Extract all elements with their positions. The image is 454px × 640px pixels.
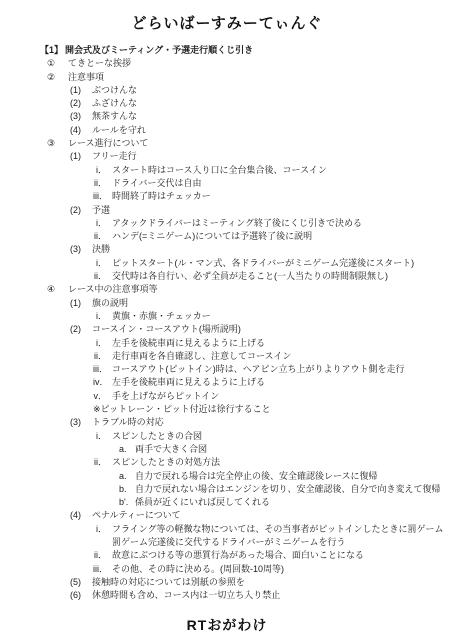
line-text: アタックドライバーはミーティング終了後にくじ引きで決める	[112, 217, 362, 230]
document-line: (6)休憩時間も含め、コース内は一切立ち入り禁止	[0, 589, 454, 602]
line-text: ペナルティーについて	[92, 509, 181, 522]
line-marker: (1)	[70, 150, 85, 163]
document-line: a.両手で大きく合図	[0, 443, 454, 456]
line-marker: (1)	[70, 297, 85, 310]
line-text: 係員が近くにいれば戻してくれる	[135, 496, 270, 509]
line-text: 予選	[92, 204, 110, 217]
line-text: ルールを守れ	[92, 124, 146, 137]
line-text: フリー走行	[92, 150, 137, 163]
document-line: i．黄旗・赤旗・チェッカー	[0, 310, 454, 323]
line-marker: a.	[119, 470, 130, 483]
document-line: ④レース中の注意事項等	[0, 283, 454, 296]
line-marker: (4)	[70, 124, 85, 137]
line-text: 走行車両を各自確認し、注意してコースイン	[112, 350, 291, 363]
document-line: ②注意事項	[0, 71, 454, 84]
document-line: (3)トラブル時の対応	[0, 416, 454, 429]
document-lines: 【1】開会式及びミーティング・予選走行順くじ引き①てきとーな挨拶②注意事項(1)…	[0, 44, 454, 602]
line-marker: (5)	[70, 576, 85, 589]
line-marker: i．	[93, 337, 107, 350]
document-line: i．アタックドライバーはミーティング終了後にくじ引きで決める	[0, 217, 454, 230]
document-line: (3)無茶すんな	[0, 110, 454, 123]
line-marker: iii．	[93, 363, 107, 376]
line-text: トラブル時の対応	[92, 416, 164, 429]
document-line: ※ピットレーン・ピット付近は徐行すること	[0, 403, 454, 416]
line-text: 注意事項	[68, 71, 104, 84]
line-text: レース中の注意事項等	[68, 283, 158, 296]
document-line: (2)コースイン・コースアウト(場所説明)	[0, 323, 454, 336]
line-text: 旗の説明	[92, 297, 128, 310]
line-marker: i．	[93, 430, 107, 443]
line-text: コースアウト(ピットイン)時は、ヘアピン立ち上がりよりアウト側を走行	[112, 363, 404, 376]
document-line: i．スタート時はコース入り口に全台集合後、コースイン	[0, 164, 454, 177]
line-marker: b.	[119, 483, 130, 496]
line-marker: i．	[93, 257, 107, 270]
document-line: i．左手を後続車両に見えるように上げる	[0, 337, 454, 350]
line-text: 無茶すんな	[92, 110, 137, 123]
line-text: 左手を後続車両に見えるように上げる	[112, 337, 265, 350]
line-marker: (4)	[70, 509, 85, 522]
line-text: コースイン・コースアウト(場所説明)	[92, 323, 241, 336]
document-line: ii．走行車両を各自確認し、注意してコースイン	[0, 350, 454, 363]
line-text: ぶつけんな	[92, 84, 137, 97]
line-marker: ii．	[93, 270, 107, 283]
document-line: 罰ゲーム完遂後に交代するドライバーがミニゲームを行う	[0, 536, 454, 549]
line-marker: ii．	[93, 456, 107, 469]
document-page: どらいばーすみーてぃんぐ 【1】開会式及びミーティング・予選走行順くじ引き①てき…	[0, 0, 454, 640]
line-marker: ②	[47, 71, 60, 84]
line-marker: a.	[119, 443, 130, 456]
line-marker: (6)	[70, 589, 85, 602]
line-marker: v．	[93, 390, 107, 403]
document-line: iii．コースアウト(ピットイン)時は、ヘアピン立ち上がりよりアウト側を走行	[0, 363, 454, 376]
line-marker: (3)	[70, 416, 85, 429]
line-text: その他、その時に決める。(周回数-10周等)	[112, 563, 284, 576]
document-line: (5)接触時の対応については別紙の参照を	[0, 576, 454, 589]
line-text: フライング等の軽微な物については、その当事者がピットインしたときに罰ゲーム	[112, 523, 444, 536]
line-text: 休憩時間も含め、コース内は一切立ち入り禁止	[92, 589, 280, 602]
document-line: ii．スピンしたときの対処方法	[0, 456, 454, 469]
line-marker: b'.	[119, 496, 130, 509]
document-line: (4)ルールを守れ	[0, 124, 454, 137]
document-line: b'.係員が近くにいれば戻してくれる	[0, 496, 454, 509]
document-footer-signature: RTおがわけ	[0, 615, 454, 635]
line-text: 黄旗・赤旗・チェッカー	[112, 310, 211, 323]
line-marker: ii．	[93, 549, 107, 562]
line-text: 両手で大きく合図	[135, 443, 207, 456]
document-line: (2)予選	[0, 204, 454, 217]
document-line: ii．故意にぶつける等の悪質行為があった場合、面白いことになる	[0, 549, 454, 562]
line-text: スピンしたときの合図	[112, 430, 202, 443]
document-line: ①てきとーな挨拶	[0, 57, 454, 70]
line-marker: i．	[93, 164, 107, 177]
line-marker: i．	[93, 217, 107, 230]
line-marker: iii．	[93, 563, 107, 576]
line-text: スタート時はコース入り口に全台集合後、コースイン	[112, 164, 327, 177]
document-line: iv．左手を後続車両に見えるように上げる	[0, 376, 454, 389]
line-marker: ii．	[93, 230, 107, 243]
line-marker: (2)	[70, 97, 85, 110]
line-text: 接触時の対応については別紙の参照を	[92, 576, 245, 589]
line-marker: (1)	[70, 84, 85, 97]
line-marker: (3)	[70, 243, 85, 256]
line-marker: ii．	[93, 350, 107, 363]
line-marker: ①	[47, 57, 60, 70]
line-text: ピットスタート(ル・マン式、各ドライバーがミニゲーム完遂後にスタート)	[112, 257, 414, 270]
document-line: 【1】開会式及びミーティング・予選走行順くじ引き	[0, 44, 454, 57]
line-text: 手を上げながらピットイン	[112, 390, 219, 403]
line-marker: 【1】	[40, 44, 63, 57]
line-marker: i．	[93, 523, 107, 536]
line-marker: iii．	[93, 190, 107, 203]
document-line: i．フライング等の軽微な物については、その当事者がピットインしたときに罰ゲーム	[0, 523, 454, 536]
line-text: 決勝	[92, 243, 110, 256]
line-text: ※ピットレーン・ピット付近は徐行すること	[93, 403, 271, 416]
line-marker: ii．	[93, 177, 107, 190]
document-line: (2)ふざけんな	[0, 97, 454, 110]
line-text: レース進行について	[68, 137, 148, 150]
line-text: 自力で戻れる場合は完全停止の後、安全確認後レースに復帰	[135, 470, 378, 483]
line-text: 罰ゲーム完遂後に交代するドライバーがミニゲームを行う	[112, 536, 346, 549]
document-line: v．手を上げながらピットイン	[0, 390, 454, 403]
document-line: (1)旗の説明	[0, 297, 454, 310]
document-line: i．ピットスタート(ル・マン式、各ドライバーがミニゲーム完遂後にスタート)	[0, 257, 454, 270]
document-line: ii．交代時は各自行い、必ず全員が走ること(一人当たりの時間制限無し)	[0, 270, 454, 283]
document-line: b.自力で戻れない場合はエンジンを切り、安全確認後、自分で向き変えて復帰	[0, 483, 454, 496]
line-marker: ④	[47, 283, 60, 296]
line-text: 自力で戻れない場合はエンジンを切り、安全確認後、自分で向き変えて復帰	[135, 483, 441, 496]
document-line: iii．時間終了時はチェッカー	[0, 190, 454, 203]
document-line: ii．ドライバー交代は自由	[0, 177, 454, 190]
line-text: ふざけんな	[92, 97, 137, 110]
line-text: 左手を後続車両に見えるように上げる	[112, 376, 265, 389]
document-line: ii．ハンデ(=ミニゲーム)については予選終了後に説明	[0, 230, 454, 243]
line-text: ハンデ(=ミニゲーム)については予選終了後に説明	[112, 230, 312, 243]
line-marker: iv．	[93, 376, 107, 389]
document-line: iii．その他、その時に決める。(周回数-10周等)	[0, 563, 454, 576]
line-text: スピンしたときの対処方法	[112, 456, 220, 469]
line-marker: i．	[93, 310, 107, 323]
line-text: 時間終了時はチェッカー	[112, 190, 211, 203]
document-title: どらいばーすみーてぃんぐ	[0, 0, 454, 33]
line-text: ドライバー交代は自由	[112, 177, 202, 190]
line-text: 開会式及びミーティング・予選走行順くじ引き	[65, 44, 253, 57]
document-line: a.自力で戻れる場合は完全停止の後、安全確認後レースに復帰	[0, 470, 454, 483]
document-line: (3)決勝	[0, 243, 454, 256]
document-line: (1)ぶつけんな	[0, 84, 454, 97]
document-line: i．スピンしたときの合図	[0, 430, 454, 443]
line-marker: (2)	[70, 204, 85, 217]
document-line: (4)ペナルティーについて	[0, 509, 454, 522]
document-line: (1)フリー走行	[0, 150, 454, 163]
line-marker: (3)	[70, 110, 85, 123]
line-text: 故意にぶつける等の悪質行為があった場合、面白いことになる	[112, 549, 364, 562]
document-line: ③レース進行について	[0, 137, 454, 150]
line-marker: (2)	[70, 323, 85, 336]
line-text: 交代時は各自行い、必ず全員が走ること(一人当たりの時間制限無し)	[112, 270, 388, 283]
line-text: てきとーな挨拶	[68, 57, 131, 70]
line-marker: ③	[47, 137, 60, 150]
